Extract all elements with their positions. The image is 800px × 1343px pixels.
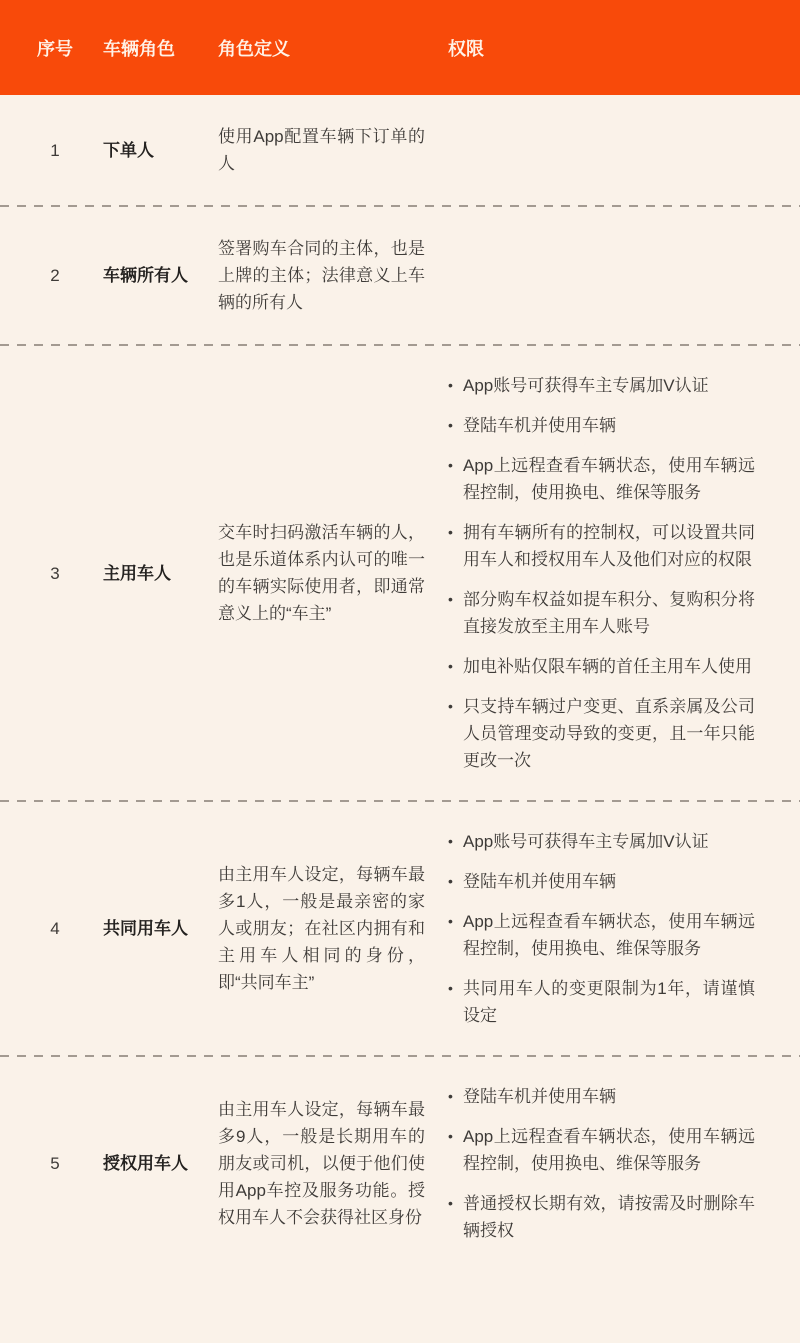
- permission-item: •登陆车机并使用车辆: [448, 1083, 755, 1110]
- permission-list: •App账号可获得车主专属加V认证•登陆车机并使用车辆•App上远程查看车辆状态…: [448, 346, 770, 800]
- permission-text: App上远程查看车辆状态，使用车辆远程控制，使用换电、维保等服务: [463, 908, 755, 962]
- role-definition: 交车时扫码激活车辆的人，也是乐道体系内认可的唯一的车辆实际使用者，即通常意义上的…: [218, 491, 425, 655]
- bullet-icon: •: [448, 908, 463, 962]
- permission-item: •App上远程查看车辆状态，使用车辆远程控制，使用换电、维保等服务: [448, 452, 755, 506]
- permission-item: •加电补贴仅限车辆的首任主用车人使用: [448, 653, 755, 680]
- bullet-icon: •: [448, 372, 463, 399]
- row-number: 2: [30, 262, 80, 289]
- table-row: 1 下单人 使用App配置车辆下订单的人: [0, 95, 800, 205]
- bullet-icon: •: [448, 452, 463, 506]
- bullet-icon: •: [448, 653, 463, 680]
- permission-item: •只支持车辆过户变更、直系亲属及公司人员管理变动导致的变更，且一年只能更改一次: [448, 693, 755, 774]
- permission-text: 部分购车权益如提车积分、复购积分将直接发放至主用车人账号: [463, 586, 755, 640]
- permission-text: App上远程查看车辆状态，使用车辆远程控制，使用换电、维保等服务: [463, 1123, 755, 1177]
- role-name: 主用车人: [103, 560, 195, 587]
- bullet-icon: •: [448, 519, 463, 573]
- permission-item: •App上远程查看车辆状态，使用车辆远程控制，使用换电、维保等服务: [448, 1123, 755, 1177]
- column-header-number: 序号: [30, 35, 80, 61]
- permission-text: 只支持车辆过户变更、直系亲属及公司人员管理变动导致的变更，且一年只能更改一次: [463, 693, 755, 774]
- bullet-icon: •: [448, 828, 463, 855]
- permission-list: •登陆车机并使用车辆•App上远程查看车辆状态，使用车辆远程控制，使用换电、维保…: [448, 1057, 770, 1270]
- role-name: 下单人: [103, 137, 195, 164]
- permission-text: App账号可获得车主专属加V认证: [463, 828, 755, 855]
- bullet-icon: •: [448, 693, 463, 774]
- permission-item: •普通授权长期有效，请按需及时删除车辆授权: [448, 1190, 755, 1244]
- row-number: 4: [30, 915, 80, 942]
- permission-text: 加电补贴仅限车辆的首任主用车人使用: [463, 653, 755, 680]
- column-header-definition: 角色定义: [218, 35, 425, 61]
- role-name: 共同用车人: [103, 915, 195, 942]
- permission-list: •App账号可获得车主专属加V认证•登陆车机并使用车辆•App上远程查看车辆状态…: [448, 802, 770, 1055]
- permission-text: 共同用车人的变更限制为1年，请谨慎设定: [463, 975, 755, 1029]
- permission-list: [448, 124, 770, 176]
- role-definition: 签署购车合同的主体，也是上牌的主体；法律意义上车辆的所有人: [218, 207, 425, 344]
- permission-item: •App账号可获得车主专属加V认证: [448, 372, 755, 399]
- permission-item: •登陆车机并使用车辆: [448, 412, 755, 439]
- role-definition: 由主用车人设定，每辆车最多9人，一般是长期用车的朋友或司机，以便于他们使用App…: [218, 1068, 425, 1259]
- bullet-icon: •: [448, 1190, 463, 1244]
- permission-text: 拥有车辆所有的控制权，可以设置共同用车人和授权用车人及他们对应的权限: [463, 519, 755, 573]
- permission-item: •共同用车人的变更限制为1年，请谨慎设定: [448, 975, 755, 1029]
- role-name: 授权用车人: [103, 1150, 195, 1177]
- table-row: 5 授权用车人 由主用车人设定，每辆车最多9人，一般是长期用车的朋友或司机，以便…: [0, 1057, 800, 1270]
- column-header-permissions: 权限: [448, 35, 770, 61]
- permission-text: 普通授权长期有效，请按需及时删除车辆授权: [463, 1190, 755, 1244]
- permission-item: •部分购车权益如提车积分、复购积分将直接发放至主用车人账号: [448, 586, 755, 640]
- bullet-icon: •: [448, 1083, 463, 1110]
- column-header-role: 车辆角色: [103, 35, 195, 61]
- role-definition: 由主用车人设定，每辆车最多1人，一般是最亲密的家人或朋友；在社区内拥有和主用车人…: [218, 833, 425, 1024]
- permission-text: App账号可获得车主专属加V认证: [463, 372, 755, 399]
- bullet-icon: •: [448, 868, 463, 895]
- role-definition: 使用App配置车辆下订单的人: [218, 95, 425, 205]
- permission-list: [448, 250, 770, 302]
- permission-item: •拥有车辆所有的控制权，可以设置共同用车人和授权用车人及他们对应的权限: [448, 519, 755, 573]
- row-number: 1: [30, 137, 80, 164]
- row-number: 5: [30, 1150, 80, 1177]
- bullet-icon: •: [448, 975, 463, 1029]
- role-name: 车辆所有人: [103, 262, 195, 289]
- table-row: 2 车辆所有人 签署购车合同的主体，也是上牌的主体；法律意义上车辆的所有人: [0, 207, 800, 344]
- permission-text: 登陆车机并使用车辆: [463, 1083, 755, 1110]
- table-row: 3 主用车人 交车时扫码激活车辆的人，也是乐道体系内认可的唯一的车辆实际使用者，…: [0, 346, 800, 800]
- permission-item: •登陆车机并使用车辆: [448, 868, 755, 895]
- table-row: 4 共同用车人 由主用车人设定，每辆车最多1人，一般是最亲密的家人或朋友；在社区…: [0, 802, 800, 1055]
- permission-text: App上远程查看车辆状态，使用车辆远程控制，使用换电、维保等服务: [463, 452, 755, 506]
- row-number: 3: [30, 560, 80, 587]
- permission-item: •App账号可获得车主专属加V认证: [448, 828, 755, 855]
- bullet-icon: •: [448, 586, 463, 640]
- bullet-icon: •: [448, 1123, 463, 1177]
- bullet-icon: •: [448, 412, 463, 439]
- permission-text: 登陆车机并使用车辆: [463, 412, 755, 439]
- table-header-row: 序号 车辆角色 角色定义 权限: [0, 0, 800, 95]
- roles-permissions-table: 序号 车辆角色 角色定义 权限 1 下单人 使用App配置车辆下订单的人 2 车…: [0, 0, 800, 1343]
- permission-item: •App上远程查看车辆状态，使用车辆远程控制，使用换电、维保等服务: [448, 908, 755, 962]
- permission-text: 登陆车机并使用车辆: [463, 868, 755, 895]
- table-body: 1 下单人 使用App配置车辆下订单的人 2 车辆所有人 签署购车合同的主体，也…: [0, 95, 800, 1270]
